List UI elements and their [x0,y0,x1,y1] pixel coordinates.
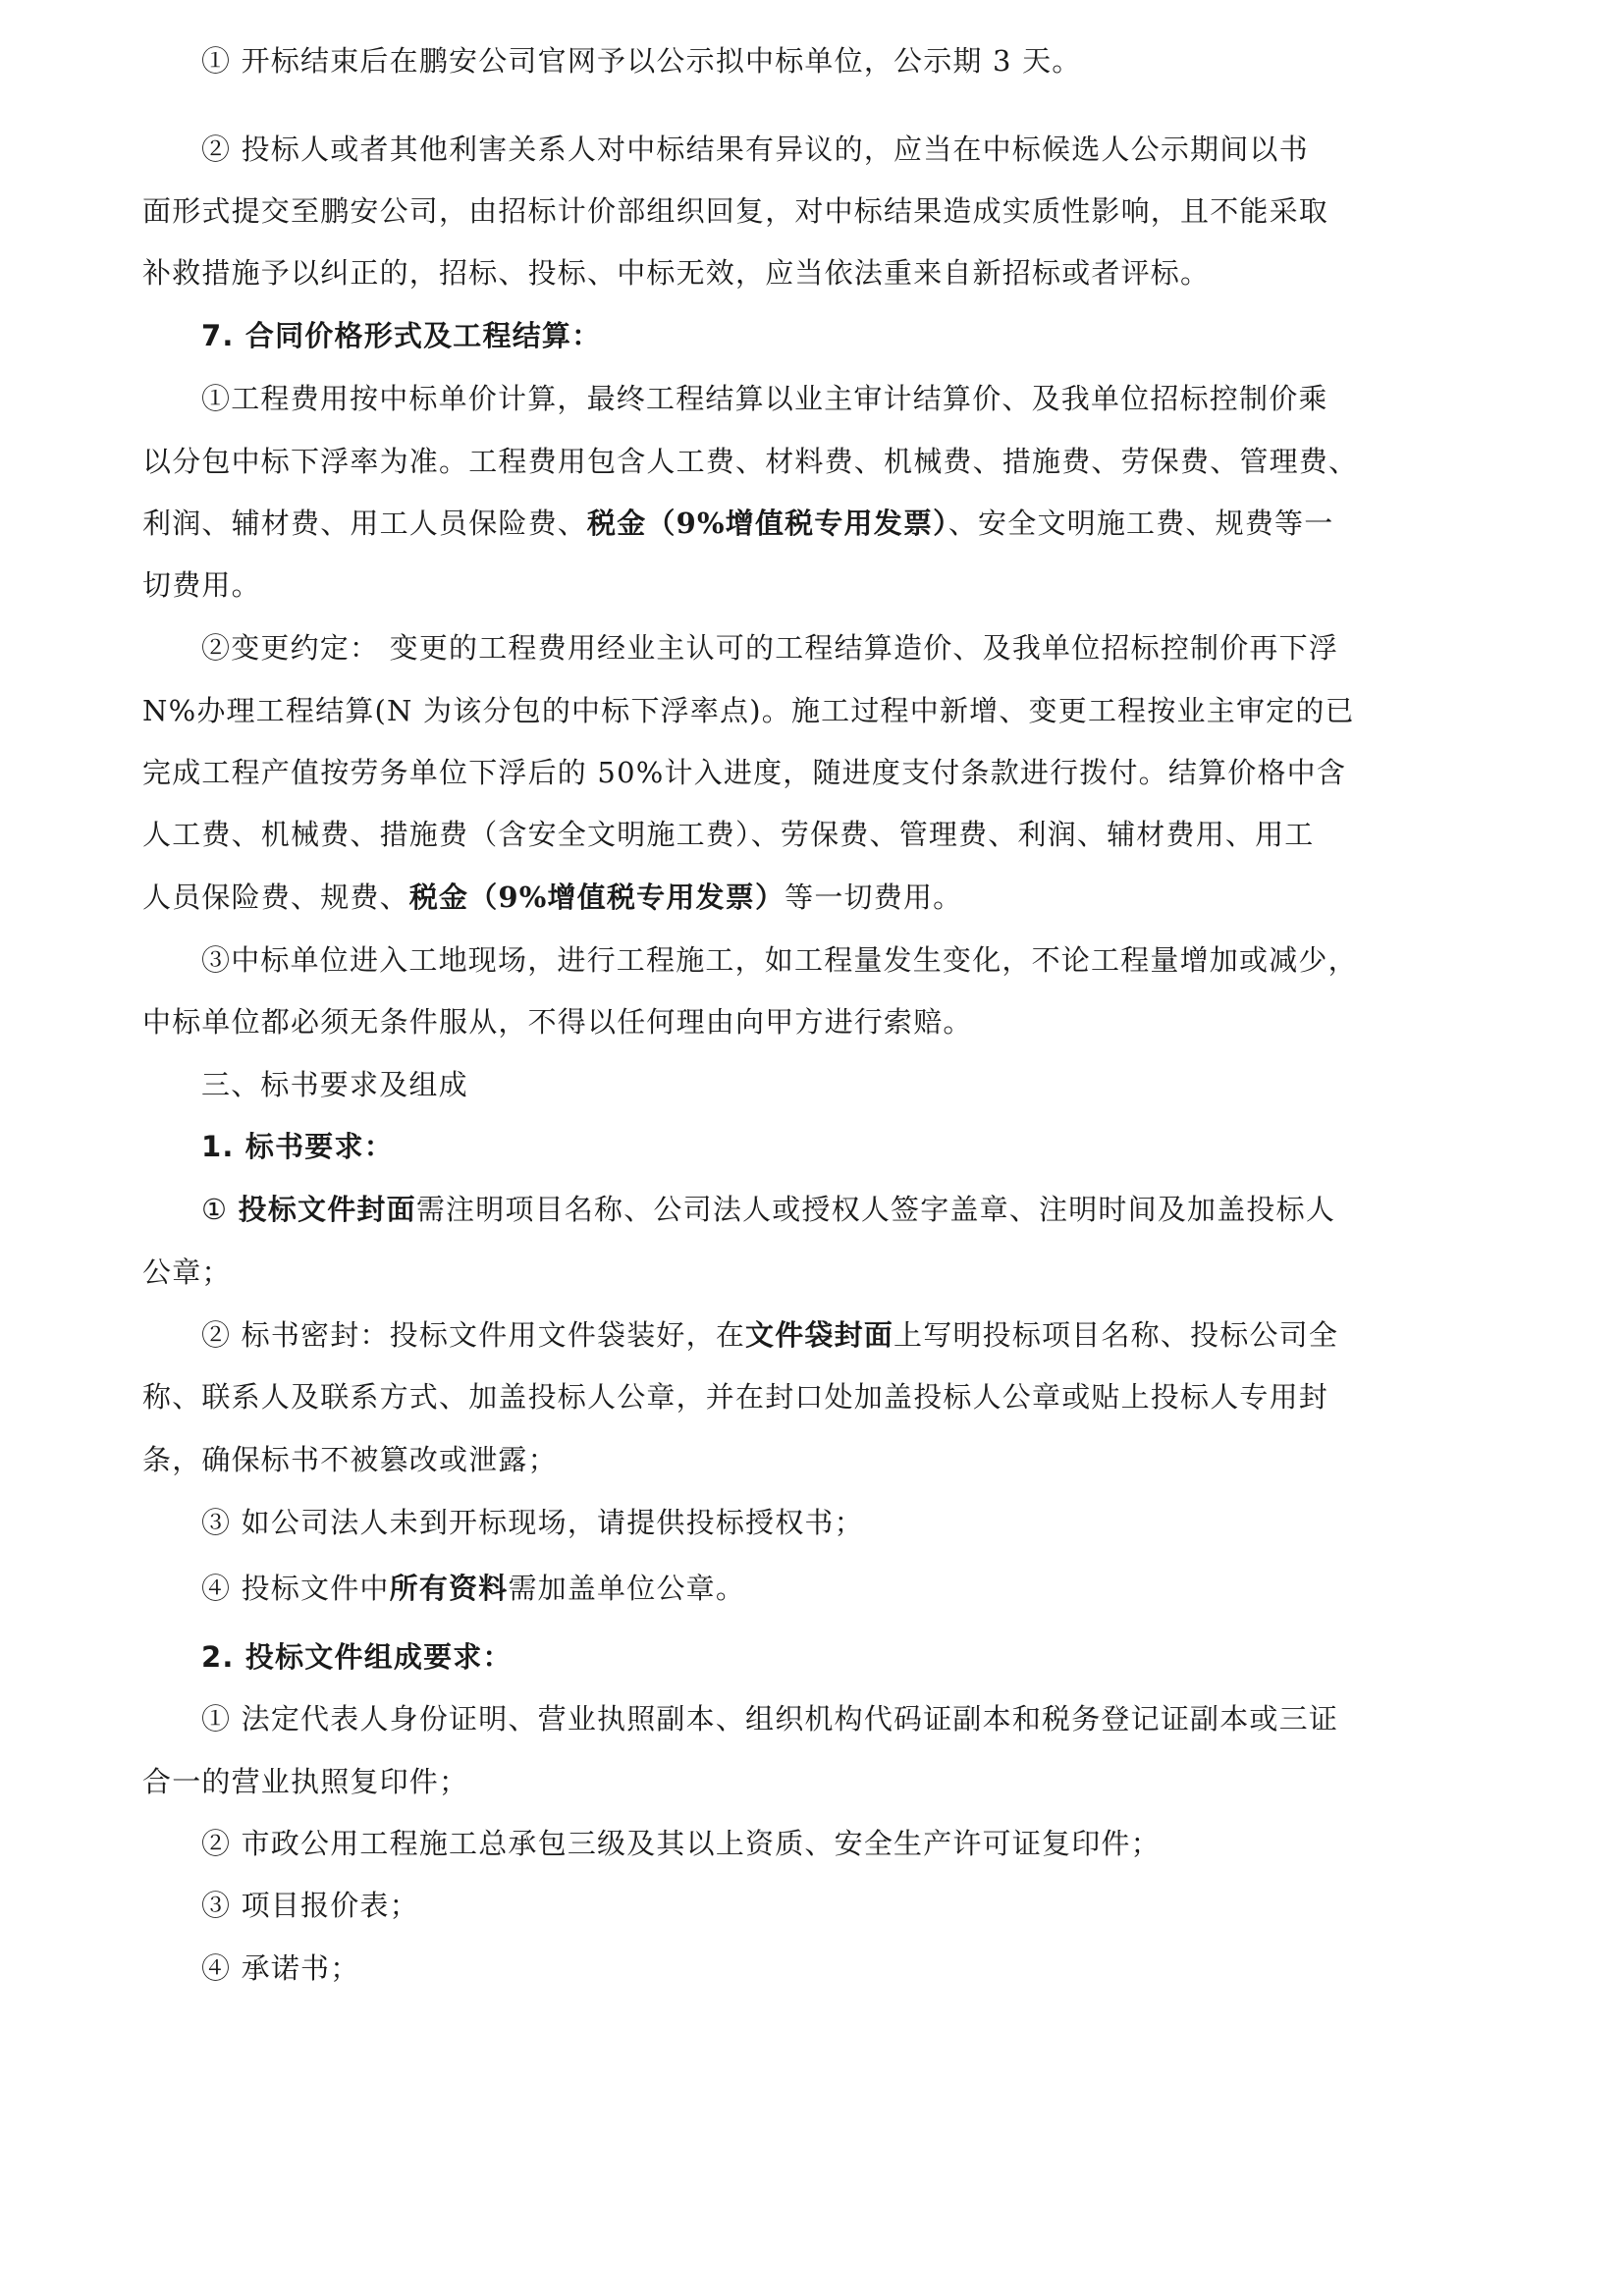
text-span: ③中标单位进入工地现场，进行工程施工，如工程量发生变化，不论工程量增加或减少， [201,943,1358,977]
paragraph-line: ① 法定代表人身份证明、营业执照副本、组织机构代码证副本和税务登记证副本或三证 [201,1699,1507,1738]
paragraph-line: ④ 承诺书； [201,1949,1507,1988]
text-span: 利润、辅材费、用工人员保险费、 [142,507,587,540]
text-span: ① [201,1193,239,1226]
text-span: ② 标书密封：投标文件用文件袋装好，在 [201,1318,745,1352]
paragraph-line: 人工费、机械费、措施费（含安全文明施工费）、劳保费、管理费、利润、辅材费用、用工 [142,815,1448,854]
paragraph-line: ③ 项目报价表； [201,1886,1507,1925]
text-span: ② 投标人或者其他利害关系人对中标结果有异议的，应当在中标候选人公示期间以书 [201,133,1309,166]
text-span: 上写明投标项目名称、投标公司全 [893,1318,1338,1352]
paragraph-line: 条，确保标书不被篡改或泄露； [142,1440,1448,1479]
text-span: ② 市政公用工程施工总承包三级及其以上资质、安全生产许可证复印件； [201,1827,1161,1860]
text-span: ③ 项目报价表； [201,1889,419,1922]
paragraph-line: ③ 如公司法人未到开标现场，请提供投标授权书； [201,1503,1507,1542]
text-span: 1. 标书要求： [201,1130,394,1163]
paragraph-line: 面形式提交至鹏安公司，由招标计价部组织回复，对中标结果造成实质性影响，且不能采取 [142,191,1448,231]
text-span: 条，确保标书不被篡改或泄露； [142,1443,558,1476]
text-span: ① 法定代表人身份证明、营业执照副本、组织机构代码证副本和税务登记证副本或三证 [201,1702,1338,1735]
paragraph-line: 利润、辅材费、用工人员保险费、税金（9%增值税专用发票）、安全文明施工费、规费等… [142,504,1448,543]
text-span: N%办理工程结算(N 为该分包的中标下浮率点)。施工过程中新增、变更工程按业主审… [142,694,1355,727]
paragraph-line: ②变更约定： 变更的工程费用经业主认可的工程结算造价、及我单位招标控制价再下浮 [201,628,1507,667]
text-span: 公章； [142,1255,232,1289]
paragraph-line: ①工程费用按中标单价计算，最终工程结算以业主审计结算价、及我单位招标控制价乘 [201,379,1507,418]
paragraph-line: 人员保险费、规费、税金（9%增值税专用发票）等一切费用。 [142,878,1448,917]
text-span: 人员保险费、规费、 [142,881,409,914]
text-span: ④ 承诺书； [201,1951,359,1985]
text-span: 、安全文明施工费、规费等一 [948,507,1334,540]
paragraph-line: N%办理工程结算(N 为该分包的中标下浮率点)。施工过程中新增、变更工程按业主审… [142,691,1448,730]
paragraph-line: ④ 投标文件中所有资料需加盖单位公章。 [201,1569,1507,1608]
paragraph-line: 切费用。 [142,565,1448,605]
paragraph-line: 完成工程产值按劳务单位下浮后的 50%计入进度，随进度支付条款进行拨付。结算价格… [142,753,1448,792]
section-heading: 1. 标书要求： [201,1127,1507,1166]
text-span: 等一切费用。 [785,881,962,914]
paragraph-line: ② 标书密封：投标文件用文件袋装好，在文件袋封面上写明投标项目名称、投标公司全 [201,1315,1507,1355]
text-span: 面形式提交至鹏安公司，由招标计价部组织回复，对中标结果造成实质性影响，且不能采取 [142,194,1328,228]
paragraph-line: 以分包中标下浮率为准。工程费用包含人工费、材料费、机械费、措施费、劳保费、管理费… [142,442,1448,481]
paragraph-line: ② 投标人或者其他利害关系人对中标结果有异议的，应当在中标候选人公示期间以书 [201,130,1507,169]
paragraph-line: ② 市政公用工程施工总承包三级及其以上资质、安全生产许可证复印件； [201,1824,1507,1863]
paragraph-line: 公章； [142,1253,1448,1292]
bold-text: 文件袋封面 [745,1318,893,1352]
bold-text: 投标文件封面 [239,1193,416,1226]
paragraph-line: 合一的营业执照复印件； [142,1762,1448,1801]
text-span: 完成工程产值按劳务单位下浮后的 50%计入进度，随进度支付条款进行拨付。结算价格… [142,756,1346,789]
text-span: 需加盖单位公章。 [508,1572,745,1605]
paragraph-line: 中标单位都必须无条件服从，不得以任何理由向甲方进行索赔。 [142,1002,1448,1041]
paragraph-line: ③中标单位进入工地现场，进行工程施工，如工程量发生变化，不论工程量增加或减少， [201,940,1507,980]
paragraph-line: 三、标书要求及组成 [201,1065,1507,1104]
text-span: 以分包中标下浮率为准。工程费用包含人工费、材料费、机械费、措施费、劳保费、管理费… [142,445,1358,478]
section-heading: 2. 投标文件组成要求： [201,1637,1507,1677]
text-span: ① 开标结束后在鹏安公司官网予以公示拟中标单位，公示期 3 天。 [201,44,1082,78]
document-page: ① 开标结束后在鹏安公司官网予以公示拟中标单位，公示期 3 天。② 投标人或者其… [0,0,1624,2296]
text-span: 补救措施予以纠正的，招标、投标、中标无效，应当依法重来自新招标或者评标。 [142,256,1210,290]
text-span: ③ 如公司法人未到开标现场，请提供投标授权书； [201,1506,864,1539]
paragraph-line: 补救措施予以纠正的，招标、投标、中标无效，应当依法重来自新招标或者评标。 [142,253,1448,293]
text-span: 人工费、机械费、措施费（含安全文明施工费）、劳保费、管理费、利润、辅材费用、用工 [142,818,1315,851]
paragraph-line: ① 投标文件封面需注明项目名称、公司法人或授权人签字盖章、注明时间及加盖投标人 [201,1190,1507,1229]
text-span: ②变更约定： 变更的工程费用经业主认可的工程结算造价、及我单位招标控制价再下浮 [201,631,1338,665]
text-span: 中标单位都必须无条件服从，不得以任何理由向甲方进行索赔。 [142,1005,973,1039]
text-span: ①工程费用按中标单价计算，最终工程结算以业主审计结算价、及我单位招标控制价乘 [201,382,1328,415]
text-span: 合一的营业执照复印件； [142,1765,468,1798]
paragraph-line: 称、联系人及联系方式、加盖投标人公章，并在封口处加盖投标人公章或贴上投标人专用封 [142,1377,1448,1416]
text-span: 三、标书要求及组成 [201,1068,468,1101]
section-heading: 7. 合同价格形式及工程结算： [201,316,1507,355]
text-span: ④ 投标文件中 [201,1572,390,1605]
text-span: 切费用。 [142,568,261,602]
paragraph-line: ① 开标结束后在鹏安公司官网予以公示拟中标单位，公示期 3 天。 [201,41,1507,80]
text-span: 7. 合同价格形式及工程结算： [201,319,601,352]
bold-text: 税金（9%增值税专用发票） [409,881,785,914]
bold-text: 所有资料 [390,1572,509,1605]
text-span: 需注明项目名称、公司法人或授权人签字盖章、注明时间及加盖投标人 [416,1193,1335,1226]
text-span: 2. 投标文件组成要求： [201,1640,513,1674]
bold-text: 税金（9%增值税专用发票） [587,507,948,540]
text-span: 称、联系人及联系方式、加盖投标人公章，并在封口处加盖投标人公章或贴上投标人专用封 [142,1380,1328,1414]
